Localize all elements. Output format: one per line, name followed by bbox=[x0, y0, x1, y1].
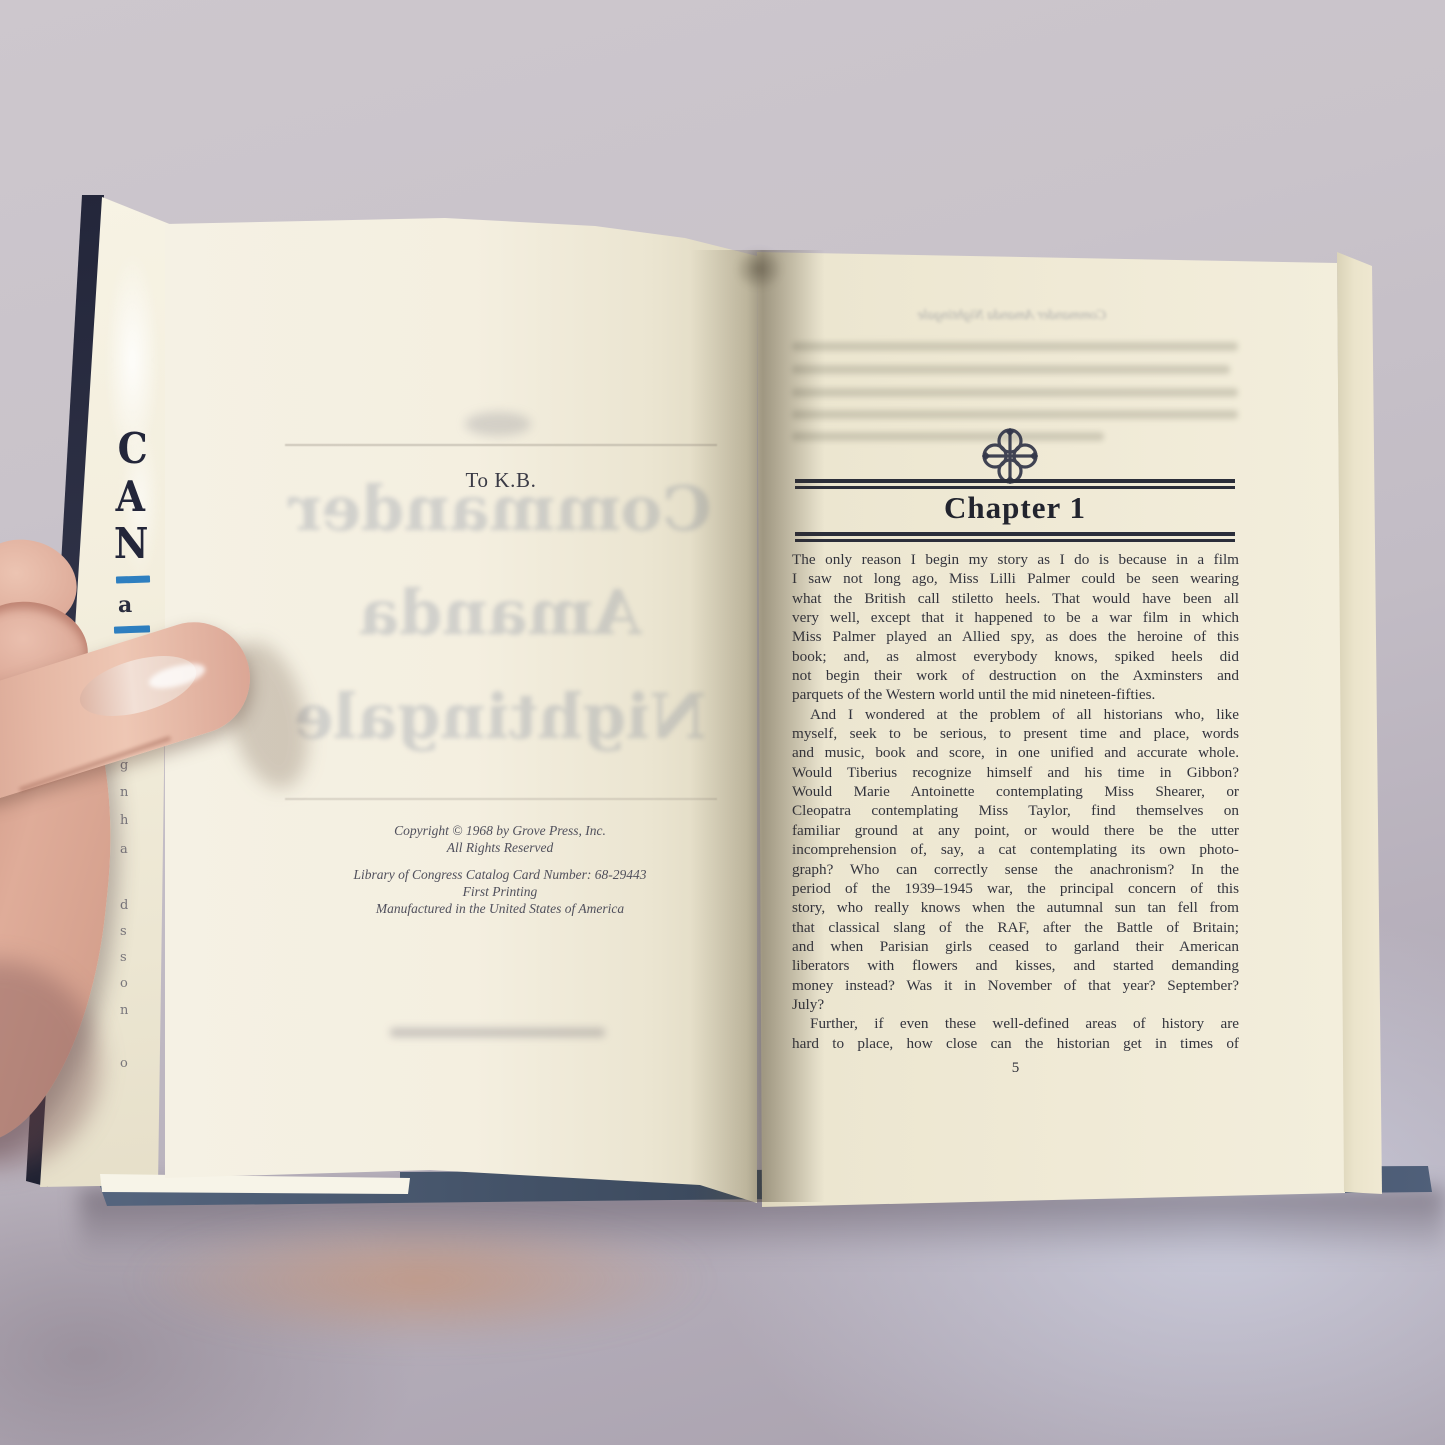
jacket-letter: N bbox=[114, 522, 149, 566]
copyright-line: First Printing bbox=[290, 883, 710, 900]
showthrough-rule bbox=[285, 798, 717, 800]
edge-letter: n bbox=[120, 1003, 128, 1018]
showthrough-text-line bbox=[792, 388, 1238, 397]
body-text: The only reason I begin my story as I do… bbox=[792, 550, 1239, 1053]
edge-letter: g bbox=[120, 758, 128, 773]
showthrough-text-line bbox=[792, 365, 1230, 374]
jacket-blue-rule bbox=[114, 625, 150, 633]
showthrough-title: Commander Amanda Nightingale bbox=[285, 457, 715, 769]
body-text-line: liberators with flowers and kisses, and … bbox=[792, 956, 1239, 975]
copyright-line: All Rights Reserved bbox=[290, 839, 710, 856]
jacket-letter: C bbox=[118, 427, 148, 471]
showthrough-text-line bbox=[792, 410, 1238, 419]
photo-scene: C A N a g n h a d s s o n o Commander Am… bbox=[0, 0, 1445, 1445]
showthrough-running-head: Commander Amanda Nightingale bbox=[867, 308, 1157, 324]
body-text-line: money instead? Was it in November of tha… bbox=[792, 976, 1239, 995]
edge-letter: s bbox=[120, 924, 127, 939]
body-text-line: July? bbox=[792, 995, 1239, 1014]
chapter-heading: Chapter 1 bbox=[795, 489, 1235, 527]
showthrough-text-line bbox=[792, 342, 1238, 351]
copyright-line: Library of Congress Catalog Card Number:… bbox=[290, 866, 710, 883]
copyright-block: Copyright © 1968 by Grove Press, Inc. Al… bbox=[290, 822, 710, 917]
body-text-line: And I wondered at the problem of all his… bbox=[792, 705, 1239, 724]
showthrough-title-word: Nightingale bbox=[285, 665, 715, 769]
edge-letter: n bbox=[120, 785, 128, 800]
body-text-line: book; and, as almost everybody knows, sp… bbox=[792, 647, 1239, 666]
showthrough-rule bbox=[285, 444, 717, 446]
body-text-line: that classical slang of the RAF, after t… bbox=[792, 918, 1239, 937]
chapter-rule bbox=[795, 532, 1235, 536]
body-text-line: Would Tiberius recognize himself and his… bbox=[792, 763, 1239, 782]
body-text-line: and music, book and score, in one unifie… bbox=[792, 743, 1239, 762]
gutter-shadow bbox=[735, 248, 783, 290]
body-text-line: very well, except that it happened to be… bbox=[792, 608, 1239, 627]
body-text-line: story, who really knows when the autumna… bbox=[792, 898, 1239, 917]
gutter-shadow bbox=[690, 250, 825, 1202]
edge-letter: d bbox=[120, 898, 128, 913]
body-text-line: I saw not long ago, Miss Lilli Palmer co… bbox=[792, 569, 1239, 588]
right-page: Commander Amanda Nightingale bbox=[757, 248, 1347, 1208]
chapter-rule bbox=[795, 479, 1235, 483]
jacket-small-letter: a bbox=[118, 592, 132, 618]
body-text-line: Cleopatra contemplating Miss Taylor, fin… bbox=[792, 801, 1239, 820]
jacket-blue-rule bbox=[116, 575, 150, 583]
page-number: 5 bbox=[792, 1060, 1239, 1077]
edge-letter: s bbox=[120, 950, 127, 965]
body-text-line: what the British call stiletto heels. Th… bbox=[792, 589, 1239, 608]
body-text-line: Further, if even these well-defined area… bbox=[792, 1014, 1239, 1033]
body-text-line: incomprehension of, say, a cat contempla… bbox=[792, 840, 1239, 859]
copyright-line: Copyright © 1968 by Grove Press, Inc. bbox=[290, 822, 710, 839]
body-text-line: familiar ground at any point, or would t… bbox=[792, 821, 1239, 840]
jacket-letter: A bbox=[116, 475, 145, 519]
chapter-ornament-icon bbox=[982, 428, 1038, 484]
body-text-line: graph? Who can correctly sense the anach… bbox=[792, 860, 1239, 879]
edge-letter: o bbox=[120, 1056, 128, 1071]
warm-light-reflection bbox=[130, 1215, 710, 1345]
jacket-flap-edge-text: g n h a d s s o n o bbox=[114, 758, 144, 1088]
body-text-line: Would Marie Antoinette contemplating Mis… bbox=[792, 782, 1239, 801]
body-text-line: not begin their work of destruction on t… bbox=[792, 666, 1239, 685]
body-text-line: myself, seek to be serious, to present t… bbox=[792, 724, 1239, 743]
body-text-line: Miss Palmer played an Allied spy, as doe… bbox=[792, 627, 1239, 646]
body-text-line: period of the 1939–1945 war, the princip… bbox=[792, 879, 1239, 898]
showthrough-imprint bbox=[390, 1028, 605, 1037]
showthrough-ornament bbox=[465, 412, 531, 436]
body-text-line: The only reason I begin my story as I do… bbox=[792, 550, 1239, 569]
dedication-text: To K.B. bbox=[381, 468, 621, 493]
edge-letter: o bbox=[120, 976, 128, 991]
body-text-line: hard to place, how close can the histori… bbox=[792, 1034, 1239, 1053]
showthrough-title-word: Amanda bbox=[285, 561, 715, 665]
showthrough-text-line bbox=[792, 432, 1104, 441]
copyright-line: Manufactured in the United States of Ame… bbox=[290, 900, 710, 917]
body-text-line: and when Parisian girls ceased to garlan… bbox=[792, 937, 1239, 956]
chapter-rule bbox=[795, 539, 1235, 542]
body-text-line: parquets of the Western world until the … bbox=[792, 685, 1239, 704]
edge-letter: a bbox=[120, 842, 128, 857]
edge-letter: h bbox=[120, 813, 128, 828]
